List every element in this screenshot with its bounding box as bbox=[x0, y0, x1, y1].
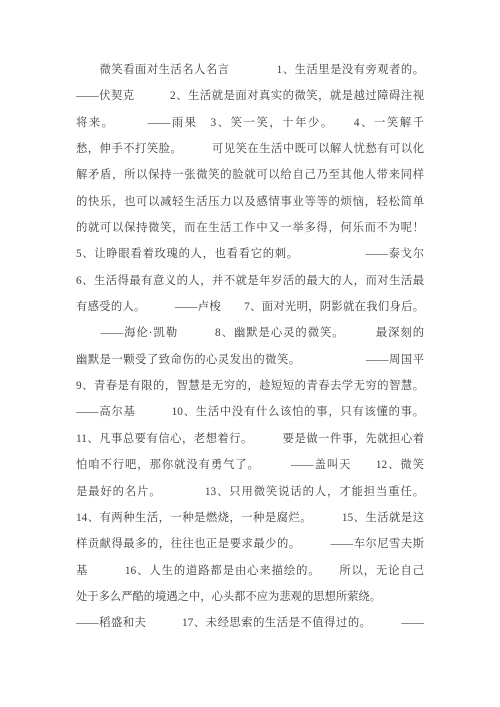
text-line: 处于多么严酷的境遇之中，心头都不应为悲观的思想所萦绕。 bbox=[76, 584, 424, 610]
text-line: 解矛盾，所以保持一张微笑的脸就可以给自己乃至其他人带来同样 bbox=[76, 162, 424, 188]
text-line: ——高尔基 10、生活中没有什么该怕的事，只有该懂的事。 bbox=[76, 399, 424, 425]
text-line: 的快乐，也可以减轻生活压力以及感情事业等等的烦恼，轻松简单 bbox=[76, 189, 424, 215]
text-line: 11、凡事总要有信心，老想着行。 要是做一件事，先就担心着 bbox=[76, 426, 424, 452]
text-line: 5、让睁眼看着玫瑰的人，也看看它的刺。 ——泰戈尔 bbox=[76, 241, 424, 267]
text-line: 的就可以保持微笑，而在生活工作中又一举多得，何乐而不为呢！ bbox=[76, 215, 424, 241]
document-text: 微笑看面对生活名人名言 1、生活里是没有旁观者的。——伏契克 2、生活就是面对真… bbox=[76, 57, 424, 637]
text-line: 6、生活得最有意义的人，并不就是年岁活的最大的人，而对生活最 bbox=[76, 268, 424, 294]
document-page: 微笑看面对生活名人名言 1、生活里是没有旁观者的。——伏契克 2、生活就是面对真… bbox=[0, 0, 500, 707]
text-line: 14、有两种生活，一种是燃烧，一种是腐烂。 15、生活就是这 bbox=[76, 505, 424, 531]
text-line: ——伏契克 2、生活就是面对真实的微笑，就是越过障碍注视 bbox=[76, 83, 424, 109]
text-line: 基 16、人生的道路都是由心来描绘的。 所以，无论自己 bbox=[76, 558, 424, 584]
text-line: 怕咱不行吧，那你就没有勇气了。 ——盖叫天 12、微笑 bbox=[76, 452, 424, 478]
text-line: 幽默是一颗受了致命伤的心灵发出的微笑。 ——周国平 bbox=[76, 347, 424, 373]
text-line: 是最好的名片。 13、只用微笑说话的人，才能担当重任。 bbox=[76, 479, 424, 505]
text-line: 有感受的人。 ——卢梭 7、面对光明，阴影就在我们身后。 bbox=[76, 294, 424, 320]
text-line: 将来。 ——雨果 3、笑一笑，十年少。 4、一笑解千 bbox=[76, 110, 424, 136]
text-line: 样贡献得最多的，往往也正是要求最少的。 ——车尔尼雪夫斯 bbox=[76, 531, 424, 557]
text-line: ——稻盛和夫 17、未经思索的生活是不值得过的。 —— bbox=[76, 610, 424, 636]
text-line: 愁，伸手不打笑脸。 可见笑在生活中既可以解人忧愁有可以化 bbox=[76, 136, 424, 162]
text-line: 微笑看面对生活名人名言 1、生活里是没有旁观者的。 bbox=[76, 57, 424, 83]
text-line: 9、青春是有限的，智慧是无穷的，趁短短的青春去学无穷的智慧。 bbox=[76, 373, 424, 399]
text-line: ——海伦·凯勒 8、幽默是心灵的微笑。 最深刻的 bbox=[76, 320, 424, 346]
